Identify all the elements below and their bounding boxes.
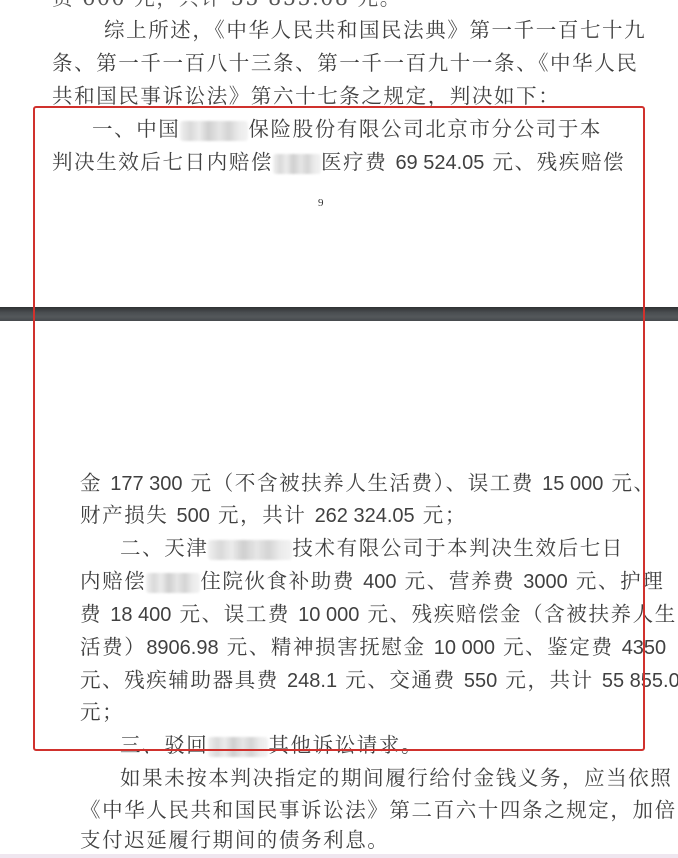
text: 元，共计 (218, 503, 306, 527)
judgment-item-1-line-2: 判决生效后七日内赔偿医疗费 69 524.05 元、残疾赔偿 (52, 150, 625, 175)
item1-total-amount: 262 324.05 (315, 505, 415, 527)
item1-line2-text-b: 医疗费 (321, 150, 387, 174)
judgment-item-2-line-4: 活费）8906.98 元、精神损害抚慰金 10 000 元、鉴定费 4350 (80, 635, 666, 660)
conclusion-line-1: 综上所述，《中华人民共和国民法典》第一千一百七十九 (104, 18, 646, 42)
item1-text-a: 一、中国 (92, 117, 180, 141)
judgment-item-2-line-5: 元、残疾辅助器具费 248.1 元、交通费 550 元，共计 55 855.08 (80, 668, 678, 693)
text: 技术有限公司于本判决生效后七日 (292, 536, 624, 560)
closing-line-1: 如果未按本判决指定的期间履行给付金钱义务，应当依照 (120, 766, 673, 790)
judgment-item-2-line-6: 元； (80, 700, 124, 724)
cropped-top-line: 贵 600 元，共计 55 855.08 元。 (52, 0, 402, 10)
text: 住院伙食补助费 (200, 569, 355, 593)
text: 元、精神损害抚慰金 (227, 635, 426, 659)
judgment-item-2-line-1: 二、天津技术有限公司于本判决生效后七日 (120, 536, 624, 560)
nursing-fee-amount: 18 400 (110, 604, 171, 626)
text: 元、鉴定费 (503, 635, 614, 659)
disability-compensation-amount: 177 300 (110, 473, 182, 495)
item1-text-b: 保险股份有限公司北京市分公司于本 (248, 117, 602, 141)
assistive-device-fee-amount: 248.1 (287, 670, 337, 692)
text: 金 (80, 471, 102, 495)
redacted-party-name (180, 121, 248, 141)
meal-subsidy-amount: 400 (363, 571, 396, 593)
redacted-company-name (208, 540, 292, 560)
text: 活费） (80, 635, 146, 659)
text: 元； (423, 503, 467, 527)
redacted-plaintiff-name (146, 573, 200, 593)
conclusion-line-3: 共和国民事诉讼法》第六十七条之规定，判决如下： (52, 84, 560, 108)
text: 三、驳回 (120, 733, 208, 757)
bottom-edge (0, 854, 678, 858)
nutrition-fee-amount: 3000 (523, 571, 568, 593)
property-loss-amount: 500 (177, 505, 210, 527)
redacted-plaintiff-name (208, 737, 268, 757)
text: 费 (80, 602, 102, 626)
text: 元、残疾赔偿金（含被扶养人生 (367, 602, 676, 626)
appraisal-fee-amount: 4350 (622, 637, 667, 659)
judgment-item-3: 三、驳回其他诉讼请求。 (120, 733, 423, 757)
text: 元、护理 (576, 569, 664, 593)
closing-line-2: 《中华人民共和国民事诉讼法》第二百六十四条之规定，加倍 (80, 798, 677, 822)
judgment-item-1-line-4: 财产损失 500 元，共计 262 324.05 元； (80, 503, 467, 528)
text: 元、残疾辅助器具费 (80, 668, 279, 692)
text: 元、营养费 (405, 569, 516, 593)
conclusion-line-2: 条、第一千一百八十三条、第一千一百九十一条、《中华人民 (52, 51, 638, 75)
judgment-item-1-line-3: 金 177 300 元（不含被扶养人生活费）、误工费 15 000 元、 (80, 471, 656, 496)
judgment-item-1-line-1: 一、中国保险股份有限公司北京市分公司于本 (92, 117, 602, 141)
redacted-plaintiff-name (273, 154, 321, 174)
item1-line2-text-c: 元、残疾赔偿 (493, 150, 626, 174)
text: 元、误工费 (180, 602, 291, 626)
item1-line2-text-a: 判决生效后七日内赔偿 (52, 150, 273, 174)
closing-line-3: 支付迟延履行期间的债务利息。 (80, 828, 389, 852)
judgment-item-2-line-3: 费 18 400 元、误工费 10 000 元、残疾赔偿金（含被扶养人生 (80, 602, 677, 627)
text: 内赔偿 (80, 569, 146, 593)
text: 二、天津 (120, 536, 208, 560)
mental-damages-amount: 10 000 (434, 637, 495, 659)
text: 元（不含被扶养人生活费）、误工费 (191, 471, 534, 495)
medical-fee-amount: 69 524.05 (395, 152, 484, 174)
lost-wages-amount: 15 000 (542, 473, 603, 495)
disability-compensation-amount: 8906.98 (146, 637, 218, 659)
lost-wages-amount: 10 000 (298, 604, 359, 626)
transport-fee-amount: 550 (464, 670, 497, 692)
text: 财产损失 (80, 503, 168, 527)
text: 元、 (611, 471, 655, 495)
text: 元、交通费 (345, 668, 456, 692)
item2-total-amount: 55 855.08 (602, 670, 678, 692)
text: 其他诉讼请求。 (268, 733, 423, 757)
page-number: 9 (318, 197, 324, 209)
text: 元，共计 (505, 668, 593, 692)
page-separator (0, 307, 678, 321)
judgment-item-2-line-2: 内赔偿住院伙食补助费 400 元、营养费 3000 元、护理 (80, 569, 664, 594)
